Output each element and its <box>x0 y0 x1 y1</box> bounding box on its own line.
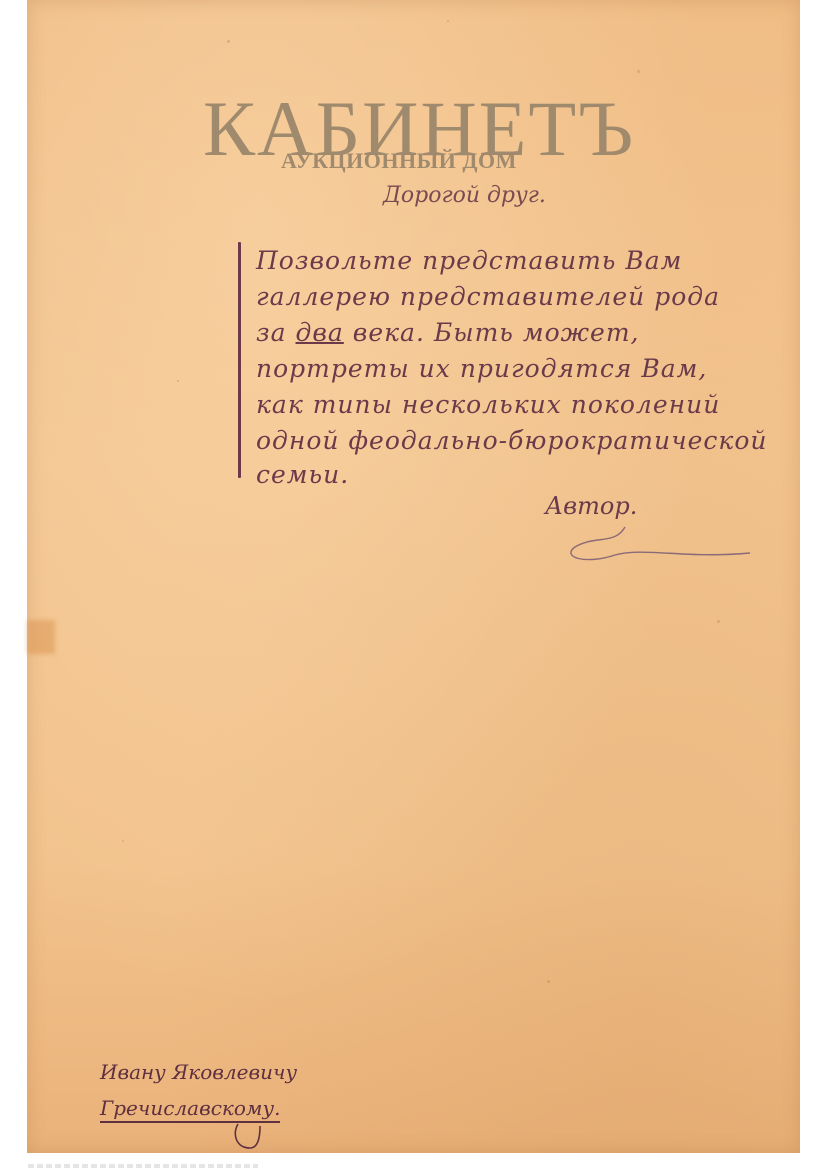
margin-rule <box>238 242 241 478</box>
paper-speck <box>717 620 720 623</box>
body-line-1: Позвольте представить Вам <box>256 246 682 275</box>
dedication-line-2: Гречиславскому. <box>100 1096 280 1123</box>
paper-speck <box>122 840 124 842</box>
underlined-word: два <box>296 318 344 347</box>
body-line-3: за два века. Быть может, <box>256 318 639 347</box>
paper-stain <box>27 620 55 654</box>
dedication-line-1: Ивану Яковлевичу <box>100 1060 297 1084</box>
body-text: века. Быть может, <box>353 318 640 347</box>
letter-greeting: Дорогой друг. <box>383 183 546 208</box>
body-line-7: семьи. <box>256 460 349 489</box>
dedication-flourish-icon <box>230 1122 270 1152</box>
body-line-4: портреты их пригодятся Вам, <box>256 354 707 383</box>
watermark-subtitle: АУКЦИОННЫЙ ДОМ <box>281 148 517 174</box>
body-text: за <box>256 318 287 347</box>
body-line-2: галлерею представителей рода <box>256 282 720 311</box>
paper-speck <box>637 70 640 73</box>
paper-speck <box>227 40 230 43</box>
footer-residue <box>28 1164 258 1168</box>
letter-body: Позвольте представить Вам галлерею предс… <box>238 242 798 478</box>
body-line-6: одной феодально-бюрократической <box>256 426 768 455</box>
auction-house-watermark: КАБИНЕТЪ АУКЦИОННЫЙ ДОМ <box>203 100 623 190</box>
paper-speck <box>447 20 449 22</box>
dedication: Ивану Яковлевичу Гречиславскому. <box>100 1052 320 1152</box>
signature-flourish-icon <box>565 525 755 565</box>
paper-speck <box>177 380 179 382</box>
author-signature: Автор. <box>545 492 637 520</box>
body-line-5: как типы нескольких поколений <box>256 390 720 419</box>
paper-speck <box>547 980 550 983</box>
